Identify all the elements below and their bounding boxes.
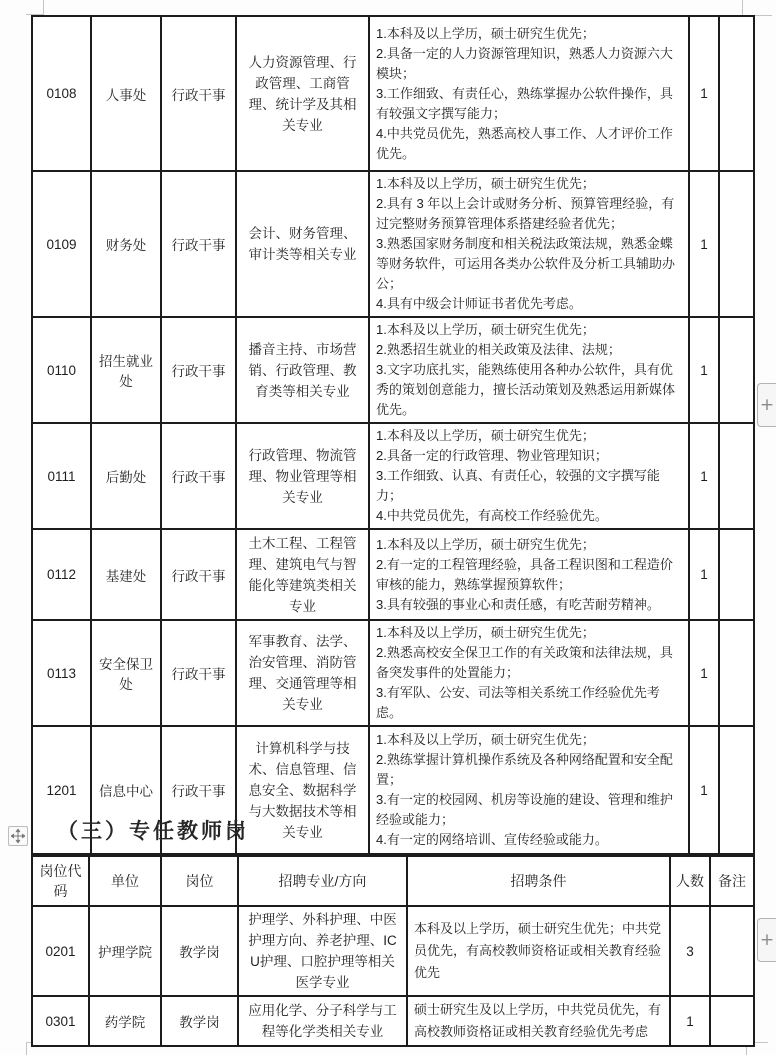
cell-code: 0113 <box>32 620 91 726</box>
condition-line: 3.熟悉国家财务制度和相关税法政策法规，熟悉金蝶等财务软件，可运用各类办公软件及… <box>376 234 682 294</box>
cell-conditions: 1.本科及以上学历，硕士研究生优先；2.具备一定的人力资源管理知识，熟悉人力资源… <box>369 16 689 171</box>
cell-major: 行政管理、物流管理、物业管理等相关专业 <box>236 423 369 529</box>
cell-conditions: 1.本科及以上学历，硕士研究生优先；2.熟练掌握计算机操作系统及各种网络配置和安… <box>369 726 689 854</box>
crop-mark-bottom-left <box>26 1042 27 1055</box>
cell-conditions: 1.本科及以上学历，硕士研究生优先；2.熟悉招生就业的相关政策及法律、法规；3.… <box>369 317 689 423</box>
table-row: 0301药学院教学岗应用化学、分子科学与工程等化学类相关专业硕士研究生及以上学历… <box>32 996 754 1046</box>
header-position: 岗位 <box>161 856 238 906</box>
crop-mark-top-right <box>742 0 743 15</box>
cell-unit: 人事处 <box>91 16 161 171</box>
cell-remark <box>719 423 754 529</box>
condition-line: 本科及以上学历，硕士研究生优先；中共党员优先，有高校教师资格证或相关教育经验优先 <box>414 918 663 984</box>
cell-conditions: 1.本科及以上学历，硕士研究生优先；2.具有 3 年以上会计或财务分析、预算管理… <box>369 171 689 317</box>
cell-count: 3 <box>670 906 710 996</box>
table-row: 0109财务处行政干事会计、财务管理、审计类等相关专业1.本科及以上学历，硕士研… <box>32 171 754 317</box>
cell-position: 行政干事 <box>161 171 236 317</box>
condition-line: 1.本科及以上学历，硕士研究生优先； <box>376 535 682 555</box>
cell-major: 护理学、外科护理、中医护理方向、养老护理、ICU护理、口腔护理等相关医学专业 <box>238 906 407 996</box>
cell-conditions: 1.本科及以上学历，硕士研究生优先；2.有一定的工程管理经验，具备工程识图和工程… <box>369 529 689 620</box>
condition-line: 2.熟练掌握计算机操作系统及各种网络配置和安全配置； <box>376 750 682 790</box>
table-row: 0112基建处行政干事土木工程、工程管理、建筑电气与智能化等建筑类相关专业1.本… <box>32 529 754 620</box>
cell-code: 0108 <box>32 16 91 171</box>
cell-position: 行政干事 <box>161 423 236 529</box>
header-major: 招聘专业/方向 <box>238 856 407 906</box>
cell-unit: 药学院 <box>89 996 161 1046</box>
condition-line: 硕士研究生及以上学历，中共党员优先，有高校教师资格证或相关教育经验优先考虑 <box>414 999 663 1043</box>
cell-count: 1 <box>689 620 719 726</box>
condition-line: 1.本科及以上学历，硕士研究生优先； <box>376 426 682 446</box>
cell-major: 人力资源管理、行政管理、工商管理、统计学及其相关专业 <box>236 16 369 171</box>
cell-code: 0109 <box>32 171 91 317</box>
cell-position: 教学岗 <box>161 996 238 1046</box>
condition-line: 1.本科及以上学历，硕士研究生优先； <box>376 623 682 643</box>
cell-remark <box>719 171 754 317</box>
table-row: 0201护理学院教学岗护理学、外科护理、中医护理方向、养老护理、ICU护理、口腔… <box>32 906 754 996</box>
teacher-positions-table: 岗位代码 单位 岗位 招聘专业/方向 招聘条件 人数 备注 0201护理学院教学… <box>31 855 755 1047</box>
cell-unit: 护理学院 <box>89 906 161 996</box>
header-code: 岗位代码 <box>32 856 89 906</box>
condition-line: 4.中共党员优先，有高校工作经验优先。 <box>376 506 682 526</box>
cell-conditions: 硕士研究生及以上学历，中共党员优先，有高校教师资格证或相关教育经验优先考虑 <box>407 996 670 1046</box>
cell-major: 应用化学、分子科学与工程等化学类相关专业 <box>238 996 407 1046</box>
cell-remark <box>719 317 754 423</box>
section-title: （三）专任教师岗 <box>57 815 249 845</box>
cell-major: 军事教育、法学、治安管理、消防管理、交通管理等相关专业 <box>236 620 369 726</box>
move-arrows-icon <box>11 829 25 843</box>
header-unit: 单位 <box>89 856 161 906</box>
cell-position: 行政干事 <box>161 317 236 423</box>
cell-count: 1 <box>689 171 719 317</box>
cell-major: 会计、财务管理、审计类等相关专业 <box>236 171 369 317</box>
condition-line: 2.熟悉招生就业的相关政策及法律、法规； <box>376 340 682 360</box>
condition-line: 1.本科及以上学历，硕士研究生优先； <box>376 174 682 194</box>
cell-position: 行政干事 <box>161 16 236 171</box>
cell-unit: 财务处 <box>91 171 161 317</box>
cell-code: 0110 <box>32 317 91 423</box>
header-count: 人数 <box>670 856 710 906</box>
cell-remark <box>710 996 754 1046</box>
condition-line: 3.有军队、公安、司法等相关系统工作经验优先考虑。 <box>376 683 682 723</box>
condition-line: 1.本科及以上学历，硕士研究生优先； <box>376 320 682 340</box>
condition-line: 1.本科及以上学历，硕士研究生优先； <box>376 24 682 44</box>
cell-conditions: 本科及以上学历，硕士研究生优先；中共党员优先，有高校教师资格证或相关教育经验优先 <box>407 906 670 996</box>
table-row: 0111后勤处行政干事行政管理、物流管理、物业管理等相关专业1.本科及以上学历，… <box>32 423 754 529</box>
cell-count: 1 <box>689 423 719 529</box>
cell-remark <box>719 16 754 171</box>
condition-line: 3.工作细致、认真、有责任心，较强的文字撰写能力； <box>376 466 682 506</box>
cell-unit: 安全保卫处 <box>91 620 161 726</box>
cell-code: 0201 <box>32 906 89 996</box>
cell-remark <box>719 620 754 726</box>
cell-position: 教学岗 <box>161 906 238 996</box>
table-row: 0108人事处行政干事人力资源管理、行政管理、工商管理、统计学及其相关专业1.本… <box>32 16 754 171</box>
table-row: 0110招生就业处行政干事播音主持、市场营销、行政管理、教育类等相关专业1.本科… <box>32 317 754 423</box>
condition-line: 2.有一定的工程管理经验，具备工程识图和工程造价审核的能力，熟练掌握预算软件； <box>376 555 682 595</box>
condition-line: 2.熟悉高校安全保卫工作的有关政策和法律法规，具备突发事件的处置能力； <box>376 643 682 683</box>
crop-mark-top-left <box>43 0 44 14</box>
cell-code: 0112 <box>32 529 91 620</box>
header-conditions: 招聘条件 <box>407 856 670 906</box>
condition-line: 4.中共党员优先，熟悉高校人事工作、人才评价工作优先。 <box>376 124 682 164</box>
cell-count: 1 <box>689 726 719 854</box>
cell-code: 0111 <box>32 423 91 529</box>
cell-unit: 基建处 <box>91 529 161 620</box>
table-row: 0113安全保卫处行政干事军事教育、法学、治安管理、消防管理、交通管理等相关专业… <box>32 620 754 726</box>
condition-line: 3.文字功底扎实，能熟练使用各种办公软件，具有优秀的策划创意能力，擅长活动策划及… <box>376 360 682 420</box>
cell-remark <box>719 529 754 620</box>
cell-conditions: 1.本科及以上学历，硕士研究生优先；2.具备一定的行政管理、物业管理知识；3.工… <box>369 423 689 529</box>
cell-count: 1 <box>689 317 719 423</box>
cell-conditions: 1.本科及以上学历，硕士研究生优先；2.熟悉高校安全保卫工作的有关政策和法律法规… <box>369 620 689 726</box>
condition-line: 4.有一定的网络培训、宣传经验或能力。 <box>376 830 682 850</box>
cell-count: 1 <box>670 996 710 1046</box>
table-move-handle[interactable] <box>8 826 28 846</box>
condition-line: 2.具备一定的人力资源管理知识，熟悉人力资源六大模块； <box>376 44 682 84</box>
cell-position: 行政干事 <box>161 620 236 726</box>
plus-button[interactable]: + <box>757 383 776 427</box>
cell-major: 计算机科学与技术、信息管理、信息安全、数据科学与大数据技术等相关专业 <box>236 726 369 854</box>
cell-count: 1 <box>689 16 719 171</box>
cell-unit: 招生就业处 <box>91 317 161 423</box>
plus-button[interactable]: + <box>757 918 776 962</box>
condition-line: 3.具有较强的事业心和责任感，有吃苦耐劳精神。 <box>376 595 682 615</box>
condition-line: 3.工作细致、有责任心，熟练掌握办公软件操作，具有较强文字撰写能力； <box>376 84 682 124</box>
cell-major: 播音主持、市场营销、行政管理、教育类等相关专业 <box>236 317 369 423</box>
cell-remark <box>710 906 754 996</box>
cell-major: 土木工程、工程管理、建筑电气与智能化等建筑类相关专业 <box>236 529 369 620</box>
cell-code: 0301 <box>32 996 89 1046</box>
condition-line: 1.本科及以上学历，硕士研究生优先； <box>376 730 682 750</box>
admin-positions-table: 0108人事处行政干事人力资源管理、行政管理、工商管理、统计学及其相关专业1.本… <box>31 15 755 855</box>
condition-line: 2.具备一定的行政管理、物业管理知识； <box>376 446 682 466</box>
cell-unit: 后勤处 <box>91 423 161 529</box>
cell-position: 行政干事 <box>161 529 236 620</box>
condition-line: 2.具有 3 年以上会计或财务分析、预算管理经验，有过完整财务预算管理体系搭建经… <box>376 194 682 234</box>
condition-line: 4.具有中级会计师证书者优先考虑。 <box>376 294 682 314</box>
table-header-row: 岗位代码 单位 岗位 招聘专业/方向 招聘条件 人数 备注 <box>32 856 754 906</box>
cell-remark <box>719 726 754 854</box>
cell-count: 1 <box>689 529 719 620</box>
header-remark: 备注 <box>710 856 754 906</box>
condition-line: 3.有一定的校园网、机房等设施的建设、管理和维护经验或能力； <box>376 790 682 830</box>
